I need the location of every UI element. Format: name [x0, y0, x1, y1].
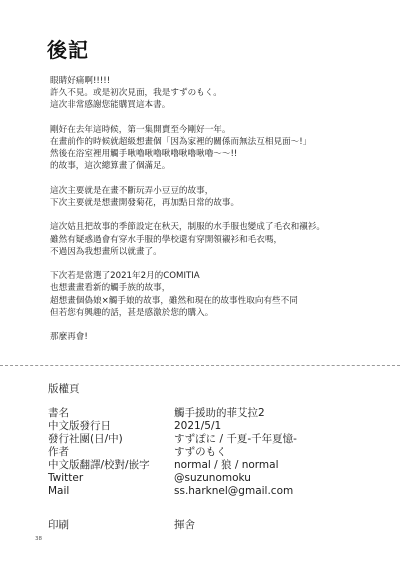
text-line: 那麼再會!: [50, 331, 390, 343]
text-line: 也想畫畫看新的觸手族的故事，: [50, 282, 390, 294]
text-line: 不過因為我想畫所以就畫了。: [50, 246, 390, 258]
text-line: 在畫前作的時候就超級想畫個「因為家裡的關係而無法互相見面～!」: [50, 136, 390, 148]
colophon-key: 印刷: [48, 517, 174, 532]
colophon-key: 發行社團(日/中): [48, 433, 174, 446]
text-line: 的故事，這次總算畫了個滿足。: [50, 160, 390, 172]
paragraph-anniversary: 剛好在去年這時候，第一集開賣至今剛好一年。 在畫前作的時候就超級想畫個「因為家裡…: [50, 124, 390, 173]
colophon-value: ss.harknel@gmail.com: [174, 485, 293, 498]
paragraph-greeting: 眼睛好痛啊!!!!! 許久不見。或是初次見面，我是すずのもく。 這次非常感謝您能…: [50, 75, 390, 112]
colophon-row-twitter: Twitter @suzunomoku: [48, 472, 388, 485]
colophon-row-printer: 印刷 揮舍: [48, 517, 388, 532]
colophon-value: すずぽに / 千夏-千年夏憶-: [174, 433, 297, 446]
text-line: 眼睛好痛啊!!!!!: [50, 75, 390, 87]
colophon-key: 中文版發行日: [48, 420, 174, 433]
text-line: 下次主要就是想畫開發菊花，再加點日常的故事。: [50, 197, 390, 209]
colophon-row-author: 作者 すずのもく: [48, 446, 388, 459]
colophon-row-publisher: 發行社團(日/中) すずぽに / 千夏-千年夏憶-: [48, 433, 388, 446]
colophon-key: Mail: [48, 485, 174, 498]
text-line: 剛好在去年這時候，第一集開賣至今剛好一年。: [50, 124, 390, 136]
colophon-table: 書名 觸手援助的菲艾拉2 中文版發行日 2021/5/1 發行社團(日/中) す…: [48, 407, 388, 498]
text-line: 許久不見。或是初次見面，我是すずのもく。: [50, 87, 390, 99]
paragraph-plans: 這次主要就是在畫不斷玩弄小豆豆的故事， 下次主要就是想畫開發菊花，再加點日常的故…: [50, 185, 390, 209]
colophon-value: @suzunomoku: [174, 472, 251, 485]
text-line: 這次主要就是在畫不斷玩弄小豆豆的故事，: [50, 185, 390, 197]
colophon-title: 版權頁: [48, 381, 80, 396]
text-line: 但若您有興趣的話，甚是感激於您的購入。: [50, 307, 390, 319]
colophon-value: normal / 狼 / normal: [174, 459, 279, 472]
document-page: 後記 眼睛好痛啊!!!!! 許久不見。或是初次見面，我是すずのもく。 這次非常感…: [0, 0, 400, 565]
afterword-body: 眼睛好痛啊!!!!! 許久不見。或是初次見面，我是すずのもく。 這次非常感謝您能…: [50, 75, 390, 356]
colophon-value: 揮舍: [174, 517, 195, 532]
colophon-value: 觸手援助的菲艾拉2: [174, 407, 265, 420]
colophon-row-title: 書名 觸手援助的菲艾拉2: [48, 407, 388, 420]
colophon-key: Twitter: [48, 472, 174, 485]
text-line: 下次若是當選了2021年2月的COMITIA: [50, 270, 390, 282]
colophon-key: 作者: [48, 446, 174, 459]
colophon-value: すずのもく: [174, 446, 227, 459]
text-line: 超想畫個偽娘×觸手娘的故事，雖然和現在的故事性取向有些不同: [50, 295, 390, 307]
dashed-divider: [0, 365, 400, 366]
paragraph-farewell: 那麼再會!: [50, 331, 390, 343]
page-number: 38: [35, 536, 42, 542]
colophon-row-mail: Mail ss.harknel@gmail.com: [48, 485, 388, 498]
text-line: 雖然有疑惑過會有穿水手服的學校還有穿開領襯衫和毛衣嗎，: [50, 234, 390, 246]
text-line: 然後在浴室裡用觸手啾嚕啾嚕啾嚕啾嚕啾嚕～～!!: [50, 148, 390, 160]
colophon-key: 中文版翻譯/校對/嵌字: [48, 459, 174, 472]
colophon-value: 2021/5/1: [174, 420, 221, 433]
colophon-key: 書名: [48, 407, 174, 420]
colophon-row-release-date: 中文版發行日 2021/5/1: [48, 420, 388, 433]
text-line: 這次姑且把故事的季節設定在秋天，制服的水手服也變成了毛衣和襯衫。: [50, 221, 390, 233]
paragraph-next-event: 下次若是當選了2021年2月的COMITIA 也想畫畫看新的觸手族的故事， 超想…: [50, 270, 390, 319]
paragraph-season: 這次姑且把故事的季節設定在秋天，制服的水手服也變成了毛衣和襯衫。 雖然有疑惑過會…: [50, 221, 390, 258]
colophon-row-translation: 中文版翻譯/校對/嵌字 normal / 狼 / normal: [48, 459, 388, 472]
text-line: 這次非常感謝您能購買這本書。: [50, 99, 390, 111]
afterword-title: 後記: [47, 34, 89, 63]
